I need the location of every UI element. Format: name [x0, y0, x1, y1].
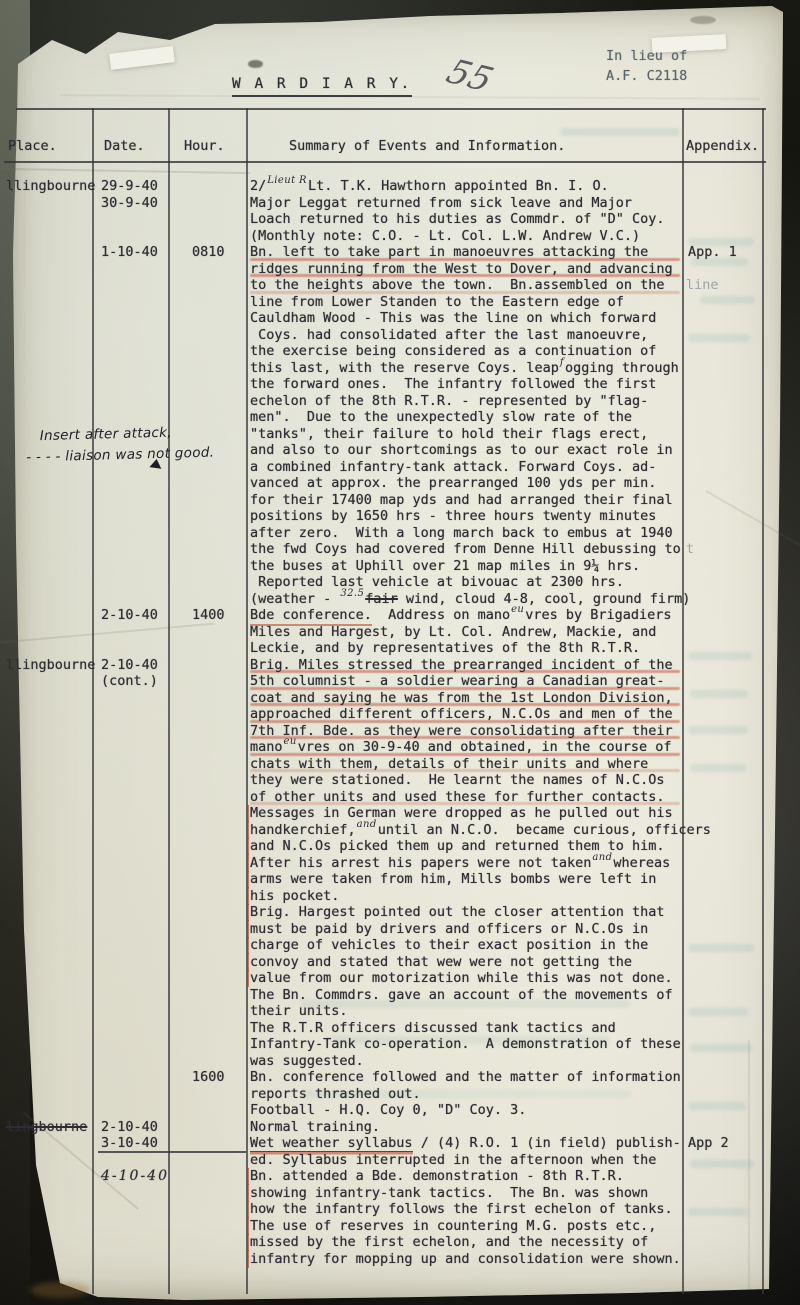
summary-text: 7th Inf. Bde. as they were consolidating… — [250, 723, 728, 740]
diary-row: of other units and used these for furthe… — [0, 789, 800, 806]
diary-row: After his arrest his papers were not tak… — [0, 855, 800, 872]
summary-text: Miles and Hargest, by Lt. Col. Andrew, M… — [250, 624, 728, 641]
diary-row: arms were taken from him, Mills bombs we… — [0, 871, 800, 888]
summary-text: Reported last vehicle at bivouac at 2300… — [250, 574, 728, 591]
summary-text: The use of reserves in countering M.G. p… — [250, 1218, 728, 1235]
summary-fragment: After his arrest his papers were not tak… — [250, 855, 591, 871]
diary-row: charge of vehicles to their exact positi… — [0, 937, 800, 954]
date-cell: 2-10-40 — [101, 1119, 181, 1136]
date-cell: 4-10-40 — [101, 1168, 181, 1185]
hour-cell: 1600 — [192, 1069, 246, 1086]
summary-fragment: until an N.C.O. became curious, officers — [378, 822, 711, 838]
appendix-cell: App 2 — [688, 1135, 764, 1152]
summary-text: The R.T.R officers discussed tank tactic… — [250, 1020, 728, 1037]
summary-text: the exercise being considered as a conti… — [250, 343, 728, 360]
summary-text: Coys. had consolidated after the last ma… — [250, 327, 728, 344]
red-margin-bar — [247, 1217, 250, 1235]
diary-row: line from Lower Standen to the Eastern e… — [0, 294, 800, 311]
diary-row: to the heights above the town. Bn.assemb… — [0, 277, 800, 294]
diary-row: their units. — [0, 1003, 800, 1020]
red-margin-bar — [247, 887, 250, 905]
diary-body: llingbourne29-9-402/Lieut RLt. T.K. Hawt… — [0, 0, 800, 1305]
summary-text: charge of vehicles to their exact positi… — [250, 937, 728, 954]
diary-row: Brig. Hargest pointed out the closer att… — [0, 904, 800, 921]
summary-text: and also to our shortcomings as to our e… — [250, 442, 728, 459]
summary-text: Infantry-Tank co-operation. A demonstrat… — [250, 1036, 728, 1053]
handwritten-insert: 32.5 — [340, 588, 364, 599]
red-margin-bar — [247, 904, 250, 922]
summary-text: 5th columnist - a soldier wearing a Cana… — [250, 673, 728, 690]
summary-text: vanced at approx. the prearranged 100 yd… — [250, 475, 728, 492]
diary-row: must be paid by drivers and officers or … — [0, 921, 800, 938]
red-margin-bar — [247, 838, 250, 856]
red-margin-bar — [247, 805, 250, 823]
diary-row: Coys. had consolidated after the last ma… — [0, 327, 800, 344]
summary-text: ridges running from the West to Dover, a… — [250, 261, 728, 278]
summary-fragment: whereas — [613, 855, 670, 871]
summary-text: Brig. Hargest pointed out the closer att… — [250, 904, 728, 921]
diary-row: 2-10-401400Bde conference. Address on ma… — [0, 607, 800, 624]
summary-text: they were stationed. He learnt the names… — [250, 772, 728, 789]
red-margin-bar — [247, 871, 250, 889]
summary-text: "tanks", their failure to hold their fla… — [250, 426, 728, 443]
diary-row: The R.T.R officers discussed tank tactic… — [0, 1020, 800, 1037]
summary-text: chats with them, details of their units … — [250, 756, 728, 773]
summary-text: showing infantry-tank tactics. The Bn. w… — [250, 1185, 728, 1202]
diary-row: Loach returned to his duties as Commdr. … — [0, 211, 800, 228]
summary-text: Cauldham Wood - This was the line on whi… — [250, 310, 728, 327]
summary-text: Brig. Miles stressed the prearranged inc… — [250, 657, 728, 674]
diary-row: 1600Bn. conference followed and the matt… — [0, 1069, 800, 1086]
date-cell: 2-10-40 — [101, 657, 181, 674]
summary-redu2: Wet weather syllabus — [250, 1135, 413, 1152]
summary-text: The Bn. Commdrs. gave an account of the … — [250, 987, 728, 1004]
place-cell: llingbourne — [6, 178, 101, 195]
diary-row: value from our motorization while this w… — [0, 970, 800, 987]
summary-fragment: vres on 30-9-40 and obtained, in the cou… — [298, 739, 672, 755]
diary-row: reports thrashed out. — [0, 1086, 800, 1103]
appendix-cell: App. 1 — [688, 244, 764, 261]
diary-row: infantry for mopping up and consolidatio… — [0, 1251, 800, 1268]
red-margin-bar — [247, 937, 250, 955]
hour-cell: 0810 — [192, 244, 246, 261]
diary-row: approached different officers, N.C.Os an… — [0, 706, 800, 723]
summary-text: the forward ones. The infantry followed … — [250, 376, 728, 393]
handwritten-insert: and — [592, 852, 612, 863]
place-cell: llingbourne — [6, 657, 101, 674]
diary-row: was suggested. — [0, 1053, 800, 1070]
diary-row: The Bn. Commdrs. gave an account of the … — [0, 987, 800, 1004]
diary-row: coat and saying he was from the 1st Lond… — [0, 690, 800, 707]
red-margin-bar — [247, 953, 250, 971]
diary-row: lingbourne2-10-40Normal training. — [0, 1119, 800, 1136]
handwritten-insert: and — [357, 819, 377, 830]
date-cell: 1-10-40 — [101, 244, 181, 261]
overflow-text: line — [686, 277, 719, 294]
summary-fragment: this last, with the reserve Coys. leap — [250, 360, 559, 376]
handwritten-insert: f — [560, 357, 564, 368]
diary-row: (cont.)5th columnist - a soldier wearing… — [0, 673, 800, 690]
summary-text: was suggested. — [250, 1053, 728, 1070]
diary-row: convoy and stated that wew were not gett… — [0, 954, 800, 971]
diary-row: Cauldham Wood - This was the line on whi… — [0, 310, 800, 327]
diary-row: positions by 1650 hrs - three hours twen… — [0, 508, 800, 525]
handwritten-insert: eu — [511, 604, 524, 615]
summary-text: Leckie, and by representatives of the 8t… — [250, 640, 728, 657]
summary-fragment: (weather - — [250, 591, 339, 607]
diary-row: vanced at approx. the prearranged 100 yd… — [0, 475, 800, 492]
diary-row: (weather - 32.5fair wind, cloud 4-8, coo… — [0, 591, 800, 608]
summary-text: how the infantry follows the first echel… — [250, 1201, 728, 1218]
summary-text: men". Due to the unexpectedly slow rate … — [250, 409, 728, 426]
summary-text: a combined infantry-tank attack. Forward… — [250, 459, 728, 476]
summary-text: Normal training. — [250, 1119, 728, 1136]
summary-text: Bn. attended a Bde. demonstration - 8th … — [250, 1168, 728, 1185]
summary-text: line from Lower Standen to the Eastern e… — [250, 294, 728, 311]
diary-row: how the infantry follows the first echel… — [0, 1201, 800, 1218]
diary-row: the exercise being considered as a conti… — [0, 343, 800, 360]
summary-fragment: Address on mano — [372, 607, 510, 623]
summary-fragment: wind, cloud 4-8, cool, ground firm) — [398, 591, 691, 607]
diary-row: this last, with the reserve Coys. leapfo… — [0, 360, 800, 377]
date-cell: 29-9-40 — [101, 178, 181, 195]
diary-row: handkerchief,anduntil an N.C.O. became c… — [0, 822, 800, 839]
summary-text: the buses at Uphill over 21 map miles in… — [250, 558, 728, 575]
summary-text: his pocket. — [250, 888, 728, 905]
red-margin-bar — [247, 970, 250, 988]
diary-row: ridges running from the West to Dover, a… — [0, 261, 800, 278]
summary-text: Bn. conference followed and the matter o… — [250, 1069, 728, 1086]
diary-row: they were stationed. He learnt the names… — [0, 772, 800, 789]
diary-row: (Monthly note: C.O. - Lt. Col. L.W. Andr… — [0, 228, 800, 245]
summary-text: Messages in German were dropped as he pu… — [250, 805, 728, 822]
place-cell: lingbourne — [6, 1119, 101, 1136]
summary-text: for their 17400 map yds and had arranged… — [250, 492, 728, 509]
red-margin-bar — [247, 1201, 250, 1219]
diary-row: llingbourne29-9-402/Lieut RLt. T.K. Hawt… — [0, 178, 800, 195]
diary-row: Reported last vehicle at bivouac at 2300… — [0, 574, 800, 591]
summary-text: approached different officers, N.C.Os an… — [250, 706, 728, 723]
summary-text: coat and saying he was from the 1st Lond… — [250, 690, 728, 707]
summary-text: infantry for mopping up and consolidatio… — [250, 1251, 728, 1268]
diary-row: the fwd Coys had covered from Denne Hill… — [0, 541, 800, 558]
summary-text: arms were taken from him, Mills bombs we… — [250, 871, 728, 888]
summary-text: Bn. left to take part in manoeuvres atta… — [250, 244, 728, 261]
summary-text: Football - H.Q. Coy 0, "D" Coy. 3. — [250, 1102, 728, 1119]
summary-text: convoy and stated that wew were not gett… — [250, 954, 728, 971]
red-margin-bar — [247, 1250, 250, 1268]
diary-row: the buses at Uphill over 21 map miles in… — [0, 558, 800, 575]
diary-row: 1-10-400810Bn. left to take part in mano… — [0, 244, 800, 261]
overflow-text: t — [686, 541, 694, 558]
red-margin-bar — [247, 1184, 250, 1202]
summary-text: must be paid by drivers and officers or … — [250, 921, 728, 938]
date-cell: (cont.) — [101, 673, 181, 690]
hour-cell: 1400 — [192, 607, 246, 624]
date-cell: 30-9-40 — [101, 195, 181, 212]
red-margin-bar — [247, 1168, 250, 1186]
summary-strike: fair — [365, 591, 398, 607]
diary-row: Infantry-Tank co-operation. A demonstrat… — [0, 1036, 800, 1053]
diary-row: showing infantry-tank tactics. The Bn. w… — [0, 1185, 800, 1202]
diary-row: 30-9-40Major Leggat returned from sick l… — [0, 195, 800, 212]
red-margin-bar — [247, 854, 250, 872]
diary-row: missed by the first echelon, and the nec… — [0, 1234, 800, 1251]
diary-row: his pocket. — [0, 888, 800, 905]
diary-row: after zero. With a long march back to em… — [0, 525, 800, 542]
diary-row: for their 17400 map yds and had arranged… — [0, 492, 800, 509]
diary-row: echelon of the 8th R.T.R. - represented … — [0, 393, 800, 410]
red-margin-bar — [247, 920, 250, 938]
summary-text: missed by the first echelon, and the nec… — [250, 1234, 728, 1251]
summary-text: (Monthly note: C.O. - Lt. Col. L.W. Andr… — [250, 228, 728, 245]
handwritten-margin-note: Insert after attack, - - - - liaison was… — [25, 422, 214, 469]
insert-arrow-icon — [149, 458, 162, 469]
summary-text: Major Leggat returned from sick leave an… — [250, 195, 728, 212]
red-margin-bar — [247, 821, 250, 839]
diary-row: chats with them, details of their units … — [0, 756, 800, 773]
diary-row: Miles and Hargest, by Lt. Col. Andrew, M… — [0, 624, 800, 641]
diary-row: 3-10-40Wet weather syllabus / (4) R.O. 1… — [0, 1135, 800, 1152]
summary-text: reports thrashed out. — [250, 1086, 728, 1103]
summary-fragment: handkerchief, — [250, 822, 356, 838]
summary-text: of other units and used these for furthe… — [250, 789, 728, 806]
handwritten-insert: Lieut R — [267, 175, 307, 186]
summary-fragment: mano — [250, 739, 283, 755]
summary-text: and N.C.Os picked them up and returned t… — [250, 838, 728, 855]
summary-text: echelon of the 8th R.T.R. - represented … — [250, 393, 728, 410]
diary-row: the forward ones. The infantry followed … — [0, 376, 800, 393]
summary-text: Wet weather syllabus / (4) R.O. 1 (in fi… — [250, 1135, 728, 1152]
diary-row: manoeuvres on 30-9-40 and obtained, in t… — [0, 739, 800, 756]
summary-text: their units. — [250, 1003, 728, 1020]
summary-text: value from our motorization while this w… — [250, 970, 728, 987]
diary-row: The use of reserves in countering M.G. p… — [0, 1218, 800, 1235]
summary-text: the fwd Coys had covered from Denne Hill… — [250, 541, 728, 558]
diary-row: Leckie, and by representatives of the 8t… — [0, 640, 800, 657]
summary-text: positions by 1650 hrs - three hours twen… — [250, 508, 728, 525]
summary-fragment: / (4) R.O. 1 (in field) publish- — [413, 1135, 681, 1151]
summary-fragment: ogging through — [565, 360, 679, 376]
summary-fragment: Lt. T.K. Hawthorn appointed Bn. I. O. — [308, 178, 609, 194]
date-cell: 2-10-40 — [101, 607, 181, 624]
diary-row: 7th Inf. Bde. as they were consolidating… — [0, 723, 800, 740]
summary-fragment: vres by Brigadiers — [525, 607, 671, 623]
summary-fragment: 2/ — [250, 178, 266, 194]
diary-row: Football - H.Q. Coy 0, "D" Coy. 3. — [0, 1102, 800, 1119]
handwritten-insert: eu — [284, 736, 297, 747]
diary-row: ed. Syllabus interrupted in the afternoo… — [0, 1152, 800, 1169]
diary-row: and N.C.Os picked them up and returned t… — [0, 838, 800, 855]
summary-text: after zero. With a long march back to em… — [250, 525, 728, 542]
diary-row: llingbourne2-10-40Brig. Miles stressed t… — [0, 657, 800, 674]
summary-text: to the heights above the town. Bn.assemb… — [250, 277, 728, 294]
summary-text: Loach returned to his duties as Commdr. … — [250, 211, 728, 228]
summary-text: ed. Syllabus interrupted in the afternoo… — [250, 1152, 728, 1169]
diary-row: Messages in German were dropped as he pu… — [0, 805, 800, 822]
red-margin-bar — [247, 1234, 250, 1252]
war-diary-page: In lieu of A.F. C2118 W A R D I A R Y. 5… — [0, 0, 800, 1305]
diary-row: 4-10-40Bn. attended a Bde. demonstration… — [0, 1168, 800, 1185]
date-cell: 3-10-40 — [101, 1135, 181, 1152]
